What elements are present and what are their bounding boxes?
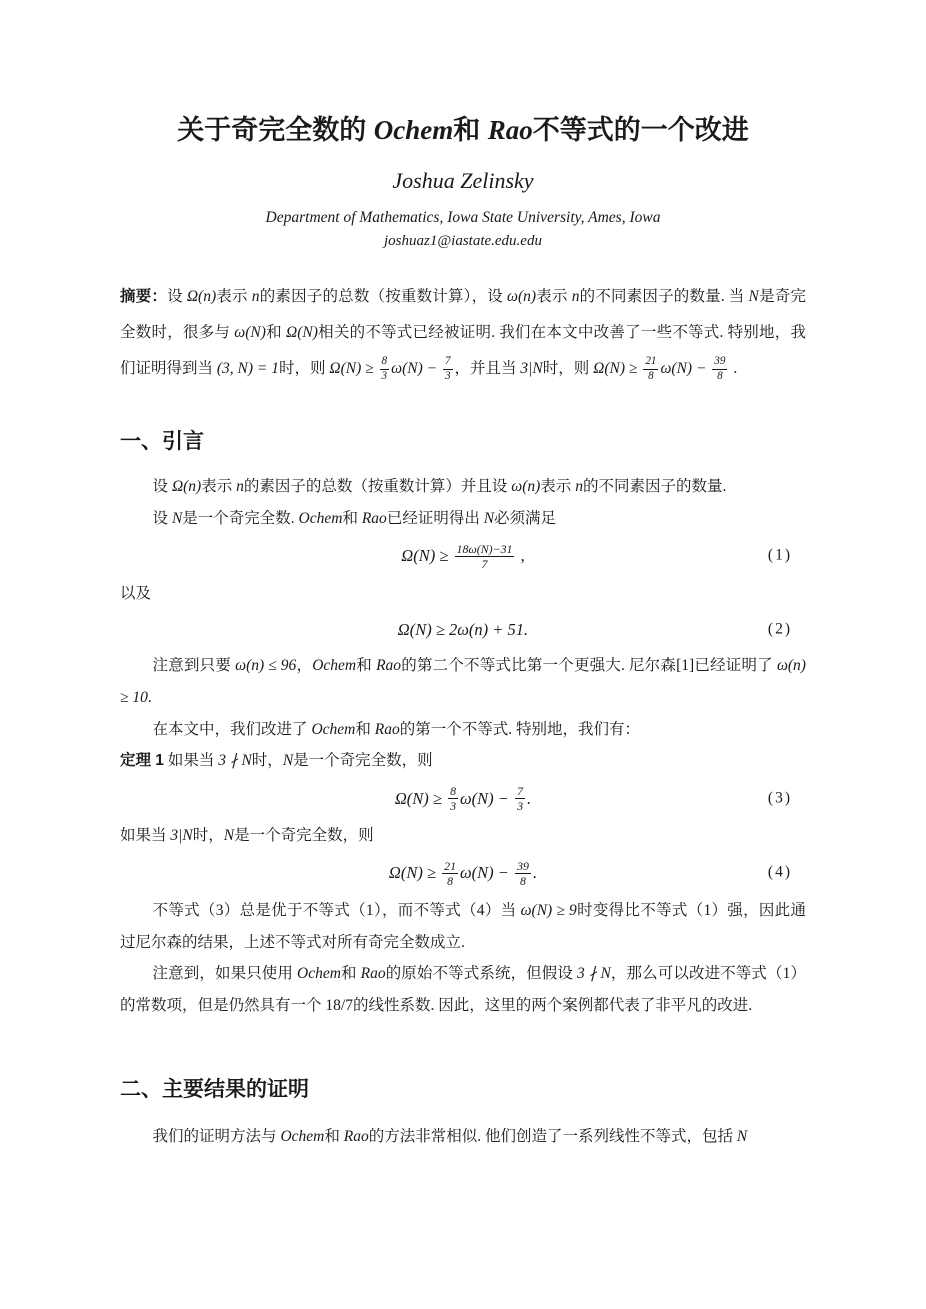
paragraph-ochem-rao-setup: 设 N是一个奇完全数. Ochem和 Rao已经证明得出 N必须满足 [120,503,806,535]
text-run: , [516,546,524,565]
equation-1-number: (1) [768,544,792,569]
paragraph-connector: 以及 [120,578,806,610]
fraction: 218 [643,355,658,382]
paragraph-nontrivial-note: 注意到，如果只使用 Ochem和 Rao的原始不等式系统，但假设 3 ∤ N，那… [120,958,806,1022]
text-run: 表示 [216,288,252,305]
math-text: Rao [375,721,400,738]
equation-2-number: (2) [768,618,792,643]
text-run: 已经证明了 [694,657,777,674]
abstract-paragraph: 摘要：设 Ω(n)表示 n的素因子的总数（按重数计算），设 ω(n)表示 n的不… [120,279,806,386]
math-text: ω(N) − [460,789,513,808]
text-run: 的第二个不等式比第一个更强大. 尼尔森 [401,657,676,674]
math-text: Ochem [297,965,341,982]
math-text: Ochem [280,1128,324,1145]
math-text: 3|N [170,827,192,844]
text-run: 如果当 [164,752,218,769]
math-text: . [533,863,537,882]
fraction: 18ω(N)−317 [455,542,515,571]
equation-1-formula: Ω(N) ≥ 18ω(N)−317 , [401,546,524,565]
text-run: 的第一个不等式. 特别地，我们有： [400,721,640,738]
math-text: Ω(N) ≥ [593,360,641,377]
math-text: Ochem [299,510,343,527]
fraction: 73 [515,784,525,813]
paragraph-inequality-discussion: 不等式（3）总是优于不等式（1），而不等式（4）当 ω(N) ≥ 9时变得比不等… [120,895,806,959]
math-text: Rao [376,657,401,674]
fraction: 218 [442,859,458,888]
fraction: 73 [443,355,453,382]
text-run: . [729,360,737,377]
math-text: n [575,478,583,495]
text-run: 表示 [540,478,575,495]
math-text: N [749,288,759,305]
text-run: 设 [153,478,172,495]
email-line: joshuaz1@iastate.edu.edu [120,232,806,251]
math-text: Ochem [374,115,453,145]
text-run: 和 [356,657,376,674]
text-run: 不等式（3）总是优于不等式（1），而不等式（4）当 [153,902,521,919]
document-page: 关于奇完全数的 Ochem和 Rao不等式的一个改进 Joshua Zelins… [0,0,926,1309]
text-run: 和 [324,1128,343,1145]
equation-3-number: (3) [768,786,792,811]
text-run: 的不同素因子的数量. 当 [579,288,748,305]
math-text: 3 ∤ N [218,752,252,769]
text-run: 设 [167,288,187,305]
math-text: Ochem [311,721,355,738]
math-text: ω(n) ≤ 96 [235,657,296,674]
text-run: 设 [153,510,172,527]
text-run: 的素因子的总数（按重数计算）并且设 [244,478,511,495]
paragraph-definitions: 设 Ω(n)表示 n的素因子的总数（按重数计算）并且设 ω(n)表示 n的不同素… [120,471,806,503]
bold-label: 摘要： [120,288,167,305]
paragraph-comparison: 注意到只要 ω(n) ≤ 96，Ochem和 Rao的第二个不等式比第一个更强大… [120,650,806,714]
fraction: 83 [380,355,390,382]
text-run: 表示 [201,478,236,495]
math-text: (3, N) = 1 [217,360,279,377]
math-text: Rao [362,510,387,527]
paragraph-improvement-intro: 在本文中，我们改进了 Ochem和 Rao的第一个不等式. 特别地，我们有： [120,714,806,746]
math-text: Ω(n) [187,288,216,305]
text-run: 不等式的一个改进 [533,115,749,145]
text-run: 和 [355,721,374,738]
math-text: Rao [344,1128,369,1145]
math-text: n [236,478,244,495]
text-run: [1] [676,657,694,674]
text-run: 和 [453,115,488,145]
bold-label: 定理 1 [120,752,164,769]
affiliation-line: Department of Mathematics, Iowa State Un… [120,208,806,227]
text-run: 和 [266,324,286,341]
text-run: 是一个奇完全数，则 [234,827,374,844]
math-text: ω(n) [507,288,536,305]
math-text: ω(N) − [391,360,441,377]
fraction: 398 [712,355,727,382]
text-run: 的素因子的总数（按重数计算），设 [260,288,508,305]
text-run: ，并且当 [455,360,521,377]
text-run: 注意到，如果只使用 [153,965,297,982]
text-run: 的不同素因子的数量. [583,478,726,495]
math-text: . [527,789,531,808]
text-run: 的方法非常相似. 他们创造了一系列线性不等式，包括 [369,1128,737,1145]
text-run: 时， [252,752,283,769]
math-text: Ochem [312,657,356,674]
text-run: 18/7 [325,997,353,1014]
text-run: 必须满足 [494,510,556,527]
math-text: ω(N) ≥ 9 [521,902,577,919]
math-text: Ω(N) ≥ [395,789,446,808]
math-text: ω(N) [234,324,266,341]
text-run: 以及 [120,585,151,602]
math-text: Rao [361,965,386,982]
text-run: 时， [193,827,224,844]
math-text: 3|N [520,360,542,377]
text-run: ， [296,657,312,674]
fraction: 398 [515,859,531,888]
math-text: ω(N) − [460,863,513,882]
paragraph-proof-method: 我们的证明方法与 Ochem和 Rao的方法非常相似. 他们创造了一系列线性不等… [120,1121,806,1153]
theorem-1-case-2: 如果当 3|N时，N是一个奇完全数，则 [120,820,806,852]
section-heading-introduction: 一、引言 [120,428,806,455]
text-run: . [148,689,152,706]
text-run: 表示 [536,288,572,305]
text-run: 注意到只要 [153,657,236,674]
equation-2: Ω(N) ≥ 2ω(n) + 51. (2) [120,617,806,643]
text-run: 在本文中，我们改进了 [153,721,312,738]
text-run: 已经证明得出 [387,510,484,527]
text-run: 我们的证明方法与 [153,1128,281,1145]
text-run: 关于奇完全数的 [177,115,374,145]
math-text: Ω(N) ≥ [401,546,452,565]
text-run: 和 [341,965,361,982]
text-run: 和 [342,510,361,527]
text-run: 是一个奇完全数，则 [293,752,433,769]
text-run: 的原始不等式系统，但假设 [386,965,577,982]
equation-2-formula: Ω(N) ≥ 2ω(n) + 51. [398,620,528,639]
text-run: 如果当 [120,827,170,844]
math-text: Ω(N) ≥ 2ω(n) + 51. [398,620,528,639]
math-text: Ω(n) [172,478,201,495]
section-heading-main-proof: 二、主要结果的证明 [120,1076,806,1103]
paper-title: 关于奇完全数的 Ochem和 Rao不等式的一个改进 [120,110,806,151]
text-run: 时，则 [543,360,593,377]
math-text: ω(N) − [660,360,710,377]
math-text: ω(n) [511,478,540,495]
math-text: N [283,752,293,769]
math-text: 3 ∤ N [577,965,611,982]
equation-1: Ω(N) ≥ 18ω(N)−317 , (1) [120,542,806,571]
equation-4: Ω(N) ≥ 218ω(N) − 398. (4) [120,859,806,888]
theorem-1-statement: 定理 1 如果当 3 ∤ N时，N是一个奇完全数，则 [120,745,806,777]
text-run: 是一个奇完全数. [182,510,298,527]
math-text: Ω(N) [286,324,318,341]
math-text: n [252,288,260,305]
equation-3: Ω(N) ≥ 83ω(N) − 73. (3) [120,784,806,813]
math-text: N [737,1128,747,1145]
fraction: 83 [448,784,458,813]
math-text: N [224,827,234,844]
math-text: Rao [488,115,533,145]
text-run: 的线性系数. 因此，这里的两个案例都代表了非平凡的改进. [353,997,752,1014]
math-text: N [172,510,182,527]
equation-4-formula: Ω(N) ≥ 218ω(N) − 398. [389,863,537,882]
text-run: 时，则 [279,360,329,377]
equation-4-number: (4) [768,861,792,886]
math-text: N [484,510,494,527]
equation-3-formula: Ω(N) ≥ 83ω(N) − 73. [395,789,531,808]
math-text: Ω(N) ≥ [329,360,377,377]
author-name: Joshua Zelinsky [120,167,806,196]
math-text: Ω(N) ≥ [389,863,440,882]
